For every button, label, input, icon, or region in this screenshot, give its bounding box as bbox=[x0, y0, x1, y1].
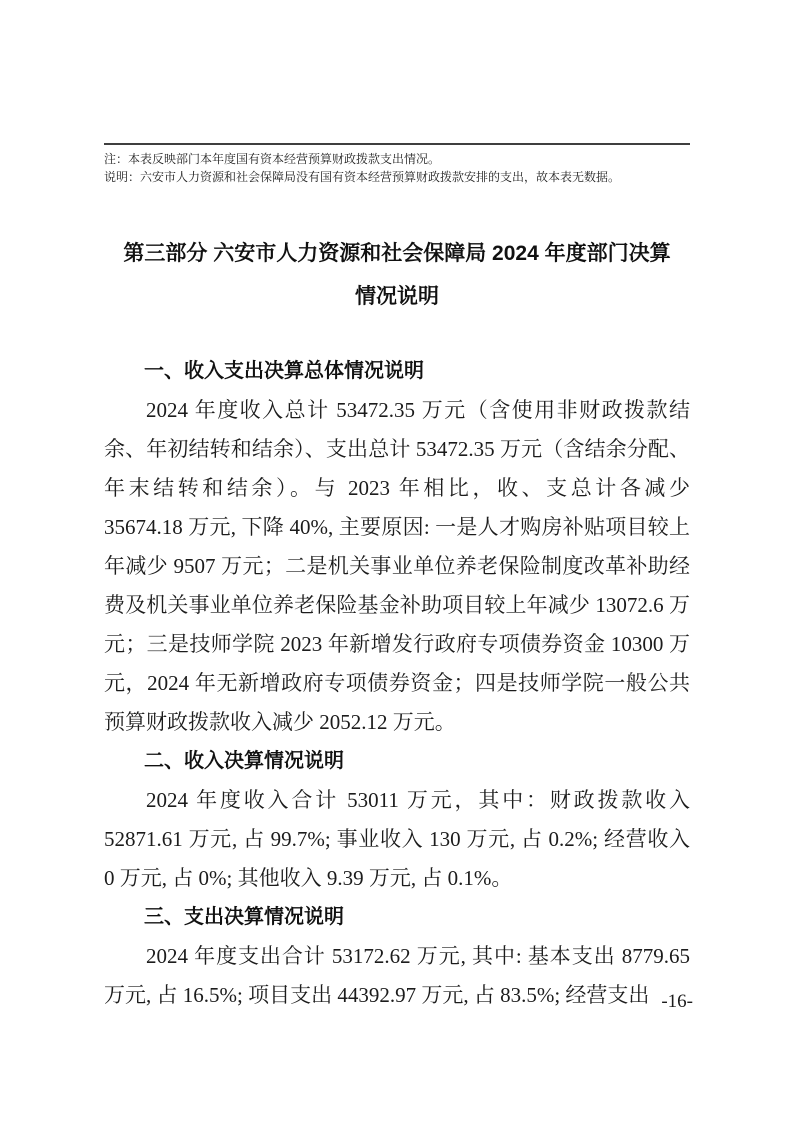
page-number: -16- bbox=[661, 991, 693, 1013]
document-title-line2: 情况说明 bbox=[104, 275, 690, 318]
section-heading-income: 二、收入决算情况说明 bbox=[104, 742, 690, 781]
table-note: 注：本表反映部门本年度国有资本经营预算财政拨款支出情况。 bbox=[104, 150, 690, 168]
document-title-line1: 第三部分 六安市人力资源和社会保障局 2024 年度部门决算 bbox=[104, 232, 690, 275]
document-page: 注：本表反映部门本年度国有资本经营预算财政拨款支出情况。 说明：六安市人力资源和… bbox=[0, 0, 793, 1122]
section-body-income: 2024 年度收入合计 53011 万元，其中：财政拨款收入 52871.61 … bbox=[104, 781, 690, 898]
table-footnote-block: 注：本表反映部门本年度国有资本经营预算财政拨款支出情况。 说明：六安市人力资源和… bbox=[104, 143, 690, 186]
page-content: 注：本表反映部门本年度国有资本经营预算财政拨款支出情况。 说明：六安市人力资源和… bbox=[104, 143, 690, 1015]
section-body-expenditure: 2024 年度支出合计 53172.62 万元, 其中: 基本支出 8779.6… bbox=[104, 937, 690, 1015]
section-heading-income-expenditure-overall: 一、收入支出决算总体情况说明 bbox=[104, 352, 690, 391]
document-title: 第三部分 六安市人力资源和社会保障局 2024 年度部门决算 情况说明 bbox=[104, 232, 690, 318]
section-body-income-expenditure-overall: 2024 年度收入总计 53472.35 万元（含使用非财政拨款结余、年初结转和… bbox=[104, 391, 690, 742]
section-heading-expenditure: 三、支出决算情况说明 bbox=[104, 898, 690, 937]
table-explanation: 说明：六安市人力资源和社会保障局没有国有资本经营预算财政拨款安排的支出，故本表无… bbox=[104, 168, 690, 186]
